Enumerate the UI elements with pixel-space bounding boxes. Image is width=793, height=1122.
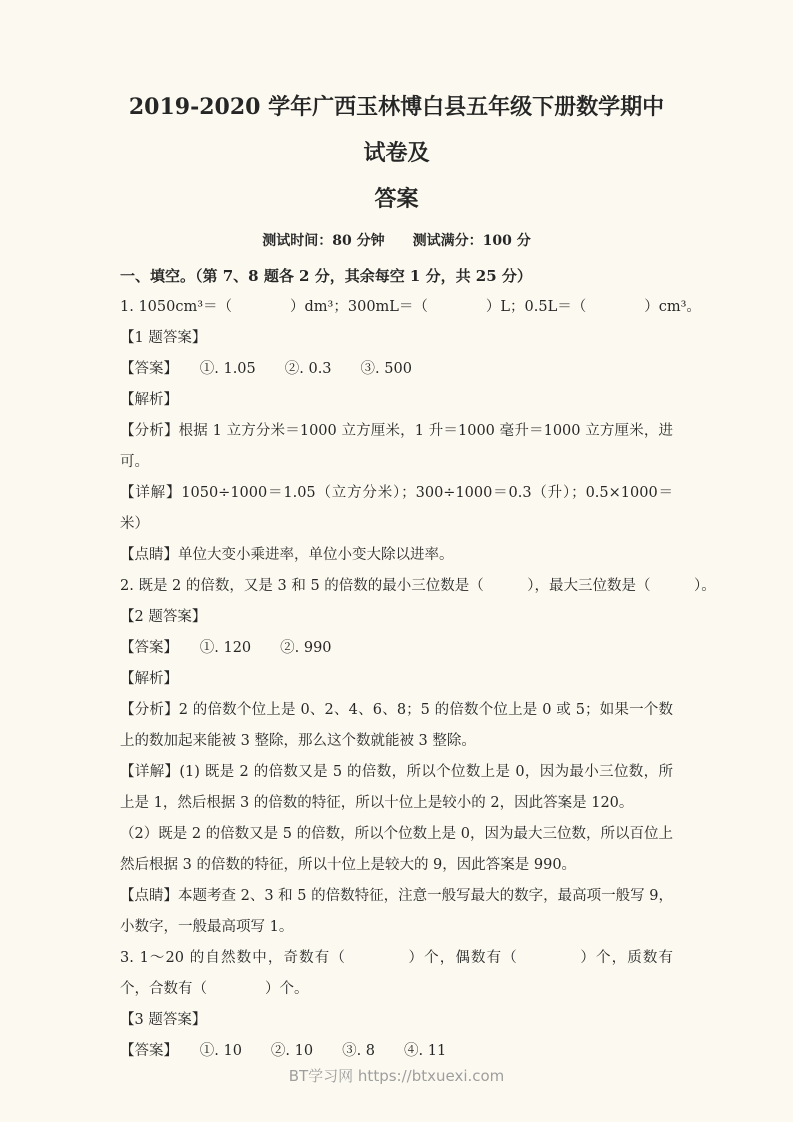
watermark-footer: BT学习网 https://btxuexi.com [0, 1065, 793, 1086]
q2-tip-line-2: 小数字，一般最高项写 1。 [120, 912, 673, 943]
q2-detail-part1: 【详解】(1) 既是 2 的倍数又是 5 的倍数，所以个位数上是 0，因为最小三… [120, 757, 673, 819]
q1-detail: 【详解】1050÷1000＝1.05（立方分米）；300÷1000＝0.3（升）… [120, 478, 673, 540]
doc-title-line-1: 2019-2020 学年广西玉林博白县五年级下册数学期中试卷及 [120, 84, 673, 176]
q1-detail-line-1: 【详解】1050÷1000＝1.05（立方分米）；300÷1000＝0.3（升）… [120, 478, 673, 509]
q2-detail-part2-line-2: 然后根据 3 的倍数的特征，所以十位上是较大的 9，因此答案是 990。 [120, 850, 673, 881]
q2-answer-heading-line-1: 【2 题答案】 [120, 602, 673, 633]
q2-answer-line-1: 【答案】 ①. 120 ②. 990 [120, 633, 673, 664]
q1-analysis: 【分析】根据 1 立方分米＝1000 立方厘米，1 升＝1000 毫升＝1000… [120, 416, 673, 478]
q2-analysis-line-2: 上的数加起来能被 3 整除，那么这个数就能被 3 整除。 [120, 726, 673, 757]
q1-answer-line-1: 【答案】 ①. 1.05 ②. 0.3 ③. 500 [120, 354, 673, 385]
q1-analysis-line-2: 可。 [120, 447, 673, 478]
q3-answer-heading: 【3 题答案】 [120, 1005, 673, 1036]
section-1-heading-line-1: 一、填空。（第 7、8 题各 2 分，其余每空 1 分，共 25 分） [120, 260, 673, 292]
question-2: 2. 既是 2 的倍数，又是 3 和 5 的倍数的最小三位数是（ ），最大三位数… [120, 571, 673, 602]
q2-answer-heading: 【2 题答案】 [120, 602, 673, 633]
q2-tip-line-1: 【点睛】本题考查 2、3 和 5 的倍数特征，注意一般写最大的数字，最高项一般写… [120, 881, 673, 912]
q2-analysis: 【分析】2 的倍数个位上是 0、2、4、6、8；5 的倍数个位上是 0 或 5；… [120, 695, 673, 757]
question-2-line-1: 2. 既是 2 的倍数，又是 3 和 5 的倍数的最小三位数是（ ），最大三位数… [120, 571, 673, 602]
q1-tip-line-1: 【点睛】单位大变小乘进率，单位小变大除以进率。 [120, 540, 673, 571]
document-body: 2019-2020 学年广西玉林博白县五年级下册数学期中试卷及答案测试时间：80… [120, 84, 673, 1067]
test-meta: 测试时间：80 分钟 测试满分：100 分 [120, 226, 673, 256]
q2-jiexi-heading: 【解析】 [120, 664, 673, 695]
q1-jiexi-heading: 【解析】 [120, 385, 673, 416]
question-1-line-1: 1. 1050cm³＝（ ）dm³；300mL＝（ ）L；0.5L＝（ ）cm³… [120, 292, 673, 323]
test-meta-line-1: 测试时间：80 分钟 测试满分：100 分 [120, 226, 673, 256]
doc-title: 2019-2020 学年广西玉林博白县五年级下册数学期中试卷及答案 [120, 84, 673, 222]
q2-jiexi-heading-line-1: 【解析】 [120, 664, 673, 695]
section-1-heading: 一、填空。（第 7、8 题各 2 分，其余每空 1 分，共 25 分） [120, 260, 673, 292]
q3-answer-heading-line-1: 【3 题答案】 [120, 1005, 673, 1036]
q2-analysis-line-1: 【分析】2 的倍数个位上是 0、2、4、6、8；5 的倍数个位上是 0 或 5；… [120, 695, 673, 726]
q3-answer-line-1: 【答案】 ①. 10 ②. 10 ③. 8 ④. 11 [120, 1036, 673, 1067]
exam-document-page: 2019-2020 学年广西玉林博白县五年级下册数学期中试卷及答案测试时间：80… [0, 0, 793, 1067]
question-3: 3. 1～20 的自然数中，奇数有（ ）个，偶数有（ ）个，质数有（ ）个，合数… [120, 943, 673, 1005]
q1-answer: 【答案】 ①. 1.05 ②. 0.3 ③. 500 [120, 354, 673, 385]
q2-detail-part1-line-1: 【详解】(1) 既是 2 的倍数又是 5 的倍数，所以个位数上是 0，因为最小三… [120, 757, 673, 788]
question-3-line-2: 个，合数有（ ）个。 [120, 974, 673, 1005]
question-3-line-1: 3. 1～20 的自然数中，奇数有（ ）个，偶数有（ ）个，质数有（ ） [120, 943, 673, 974]
question-1: 1. 1050cm³＝（ ）dm³；300mL＝（ ）L；0.5L＝（ ）cm³… [120, 292, 673, 323]
q1-detail-line-2: 米） [120, 509, 673, 540]
q1-tip: 【点睛】单位大变小乘进率，单位小变大除以进率。 [120, 540, 673, 571]
doc-title-line-2: 答案 [120, 176, 673, 222]
q3-answer: 【答案】 ①. 10 ②. 10 ③. 8 ④. 11 [120, 1036, 673, 1067]
q2-detail-part2: （2）既是 2 的倍数又是 5 的倍数，所以个位数上是 0，因为最大三位数，所以… [120, 819, 673, 881]
q1-answer-heading-line-1: 【1 题答案】 [120, 323, 673, 354]
q1-analysis-line-1: 【分析】根据 1 立方分米＝1000 立方厘米，1 升＝1000 毫升＝1000… [120, 416, 673, 447]
q2-detail-part1-line-2: 上是 1，然后根据 3 的倍数的特征，所以十位上是较小的 2，因此答案是 120… [120, 788, 673, 819]
q1-jiexi-heading-line-1: 【解析】 [120, 385, 673, 416]
q2-detail-part2-line-1: （2）既是 2 的倍数又是 5 的倍数，所以个位数上是 0，因为最大三位数，所以… [120, 819, 673, 850]
q2-tip: 【点睛】本题考查 2、3 和 5 的倍数特征，注意一般写最大的数字，最高项一般写… [120, 881, 673, 943]
q1-answer-heading: 【1 题答案】 [120, 323, 673, 354]
q2-answer: 【答案】 ①. 120 ②. 990 [120, 633, 673, 664]
